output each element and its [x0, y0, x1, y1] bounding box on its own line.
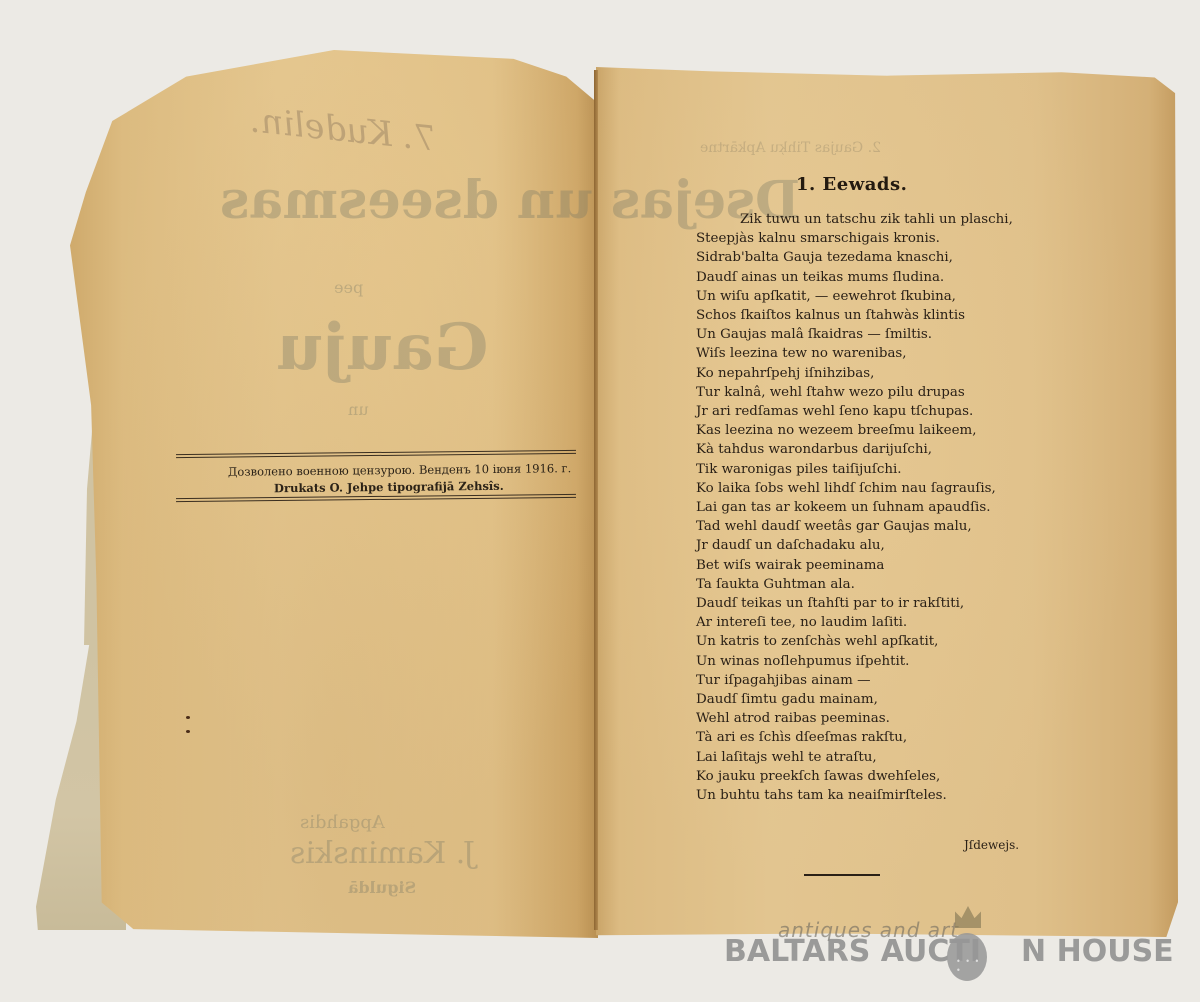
poem-line: Jr daudſ un daſchadaku alu,	[696, 536, 1036, 555]
printer-text: Drukats O. Jehpe tipografijā Zehsîs.	[274, 479, 504, 495]
header-bleed: 2. Gaujas Tihķu Apkārtne	[700, 140, 881, 156]
photo-scene: 7. Kudelin. Dsejas un dseesmas pee Gauju…	[0, 0, 1200, 1002]
poem-line: Tad wehl daudſ weetâs gar Gaujas malu,	[696, 517, 1036, 536]
worm-hole	[186, 730, 190, 733]
poem-line: Daudſ ainas un teikas mums ſludina.	[696, 268, 1036, 287]
poem-line: Bet wiſs wairak peeminama	[696, 556, 1036, 575]
poem-line: Un Gaujas malâ ſkaidras — ſmiltis.	[696, 325, 1036, 344]
stamp-rule-bottom	[176, 494, 576, 502]
poem-line: Zik tuwu un tatschu zik tahli un plaschi…	[696, 210, 1036, 229]
gauja-bleed: Gauju	[276, 310, 488, 385]
poem-line: Ko nepahrſpehj iſnihzibas,	[696, 364, 1036, 383]
poem-line: Lai laſitajs wehl te atraſtu,	[696, 748, 1036, 767]
stamp-rule-top	[176, 450, 576, 458]
publisher-bleed-3: Siguldā	[348, 878, 416, 897]
end-rule	[804, 874, 880, 876]
signature: Jſdewejs.	[964, 838, 1019, 852]
poem-line: Ar intereſi tee, no laudim laſiti.	[696, 613, 1036, 632]
watermark-name-part1: BALTARS AUCTI	[724, 934, 981, 969]
publisher-bleed-2: J. Kaminskis	[290, 836, 475, 871]
poem-line: Steepjàs kalnu smarschigais kronis.	[696, 229, 1036, 248]
poem-line: Schos ſkaiſtos kalnus un ſtahwàs klintis	[696, 306, 1036, 325]
poem-line: Un buhtu tahs tam ka neaiſmirſteles.	[696, 786, 1036, 805]
poem-line: Ko jauku preekſch ſawas dwehſeles,	[696, 767, 1036, 786]
poem-line: Tur iſpagahjibas ainam —	[696, 671, 1036, 690]
poem-line: Ta ſaukta Guhtman ala.	[696, 575, 1036, 594]
poem-line: Tur kalnâ, wehl ſtahw wezo pilu drupas	[696, 383, 1036, 402]
poem-line: Tà ari es ſchìs dſeeſmas rakſtu,	[696, 728, 1036, 747]
poem-line: Un winas noſlehpumus iſpehtit.	[696, 652, 1036, 671]
poem-title: 1. Eewads.	[796, 174, 907, 195]
poem-line: Wehl atrod raibas peeminas.	[696, 709, 1036, 728]
poem-line: Ko laika ſobs wehl lihdſ ſchim nau ſagra…	[696, 479, 1036, 498]
censorship-stamp: Дозволено военною цензурою. Венденъ 10 і…	[176, 436, 576, 508]
censorship-text: Дозволено военною цензурою. Венденъ 10 і…	[228, 461, 571, 479]
un-bleed: un	[348, 400, 369, 419]
watermark-name-part2: N HOUSE	[1021, 934, 1174, 969]
poem-body: Zik tuwu un tatschu zik tahli un plaschi…	[696, 210, 1036, 805]
worm-hole	[186, 716, 190, 719]
poem-line: Tik waronigas piles taiſijuſchi.	[696, 460, 1036, 479]
poem-line: Lai gan tas ar kokeem un ſuhnam apaudſis…	[696, 498, 1036, 517]
poem-line: Un wiſu apſkatit, — eewehrot ſkubina,	[696, 287, 1036, 306]
publisher-bleed-1: Apgahdis	[300, 812, 385, 833]
orb-icon: • • • •	[947, 933, 987, 981]
poem-line: Daudſ teikas un ſtahſti par to ir rakſti…	[696, 594, 1036, 613]
poem-line: Jr ari redſamas wehl ſeno kapu tſchupas.	[696, 402, 1036, 421]
orb-dots: • • • •	[956, 957, 987, 975]
poem-line: Un katris to zenſchàs wehl apſkatit,	[696, 632, 1036, 651]
poem-line: Kas leezina no wezeem breeſmu laikeem,	[696, 421, 1036, 440]
poem-line: Daudſ ſimtu gadu mainam,	[696, 690, 1036, 709]
poem-line: Kà tahdus warondarbus darijuſchi,	[696, 440, 1036, 459]
pee-bleed: pee	[334, 278, 363, 297]
poem-line: Wiſs leezina tew no warenibas,	[696, 344, 1036, 363]
poem-line: Sidrab'balta Gauja tezedama knaschi,	[696, 248, 1036, 267]
